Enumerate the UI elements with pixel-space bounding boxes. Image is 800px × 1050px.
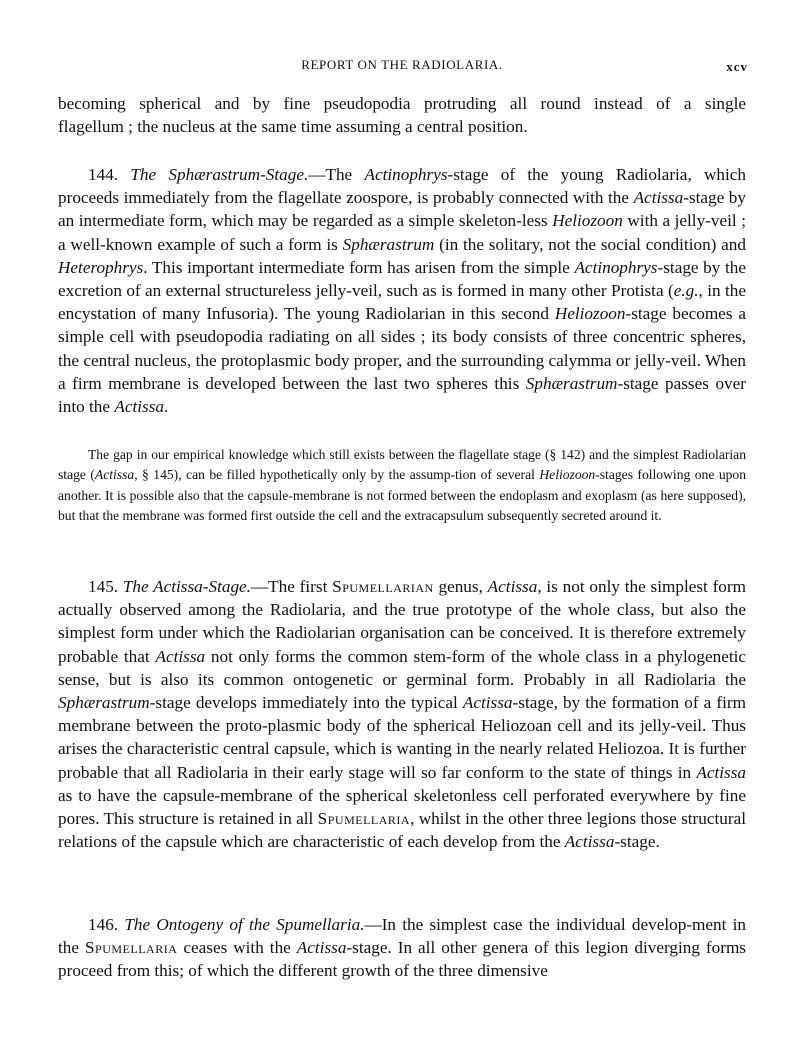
italic-term: e.g. <box>674 281 699 300</box>
text-run: -stage. <box>614 832 659 851</box>
running-title: REPORT ON THE RADIOLARIA. <box>58 57 746 73</box>
italic-term: Actissa <box>155 647 205 666</box>
running-header: REPORT ON THE RADIOLARIA. xcv <box>58 57 746 77</box>
italic-term: Heterophrys <box>58 258 143 277</box>
small-caps-term: Spumellaria <box>318 809 410 828</box>
section-number: 144. <box>88 165 118 184</box>
italic-term: Sphærastrum <box>526 374 618 393</box>
note-body: The gap in our empirical knowledge which… <box>58 447 746 523</box>
italic-term: Sphærastrum <box>343 235 435 254</box>
section-number: 145. <box>88 577 118 596</box>
italic-term: Heliozoon <box>555 304 626 323</box>
text-run: . <box>164 397 168 416</box>
text-run: The first <box>268 577 332 596</box>
text-line: flagellum ; the nucleus at the same time… <box>58 115 746 138</box>
section-body: The first Spumellarian genus, Actissa, i… <box>58 577 746 851</box>
small-caps-term: Spumellarian <box>332 577 434 596</box>
heading-dash: — <box>308 165 325 184</box>
italic-term: Actissa <box>488 577 538 596</box>
section-number: 146. <box>88 915 118 934</box>
text-line: becoming spherical and by fine pseudopod… <box>58 92 746 115</box>
text-run: , § 145), can be filled hypothetically o… <box>134 467 539 482</box>
page-number: xcv <box>726 59 748 75</box>
italic-term: Heliozoon <box>552 211 623 230</box>
heading-dash: — <box>251 577 268 596</box>
text-run: -stage develops immediately into the typ… <box>150 693 463 712</box>
italic-term: Actissa <box>634 188 684 207</box>
text-run: The <box>325 165 364 184</box>
italic-term: Actissa <box>297 938 347 957</box>
section-heading: The Sphærastrum-Stage. <box>130 165 308 184</box>
italic-term: Actissa <box>95 467 134 482</box>
section-body: The Actinophrys-stage of the young Radio… <box>58 165 746 416</box>
text-run: (in the solitary, not the social conditi… <box>434 235 746 254</box>
section-144-note: The gap in our empirical knowledge which… <box>58 445 746 527</box>
italic-term: Actissa <box>114 397 164 416</box>
text-run: genus, <box>434 577 488 596</box>
section-heading: The Ontogeny of the Spumellaria. <box>124 915 364 934</box>
italic-term: Actissa <box>696 763 746 782</box>
italic-term: Actinophrys <box>364 165 447 184</box>
continuation-paragraph: becoming spherical and by fine pseudopod… <box>58 92 746 138</box>
italic-term: Sphærastrum <box>58 693 150 712</box>
heading-dash: — <box>365 915 382 934</box>
italic-term: Actissa <box>463 693 513 712</box>
section-145-paragraph: 145. The Actissa-Stage.—The first Spumel… <box>58 575 746 853</box>
italic-term: Heliozoon <box>539 467 595 482</box>
italic-term: Actinophrys <box>574 258 657 277</box>
text-run: ceases with the <box>177 938 296 957</box>
small-caps-term: Spumellaria <box>85 938 177 957</box>
text-run: . This important intermediate form has a… <box>143 258 574 277</box>
italic-term: Actissa <box>565 832 615 851</box>
section-146-paragraph: 146. The Ontogeny of the Spumellaria.—In… <box>58 913 746 983</box>
section-144-paragraph: 144. The Sphærastrum-Stage.—The Actinoph… <box>58 163 746 418</box>
section-heading: The Actissa-Stage. <box>123 577 251 596</box>
